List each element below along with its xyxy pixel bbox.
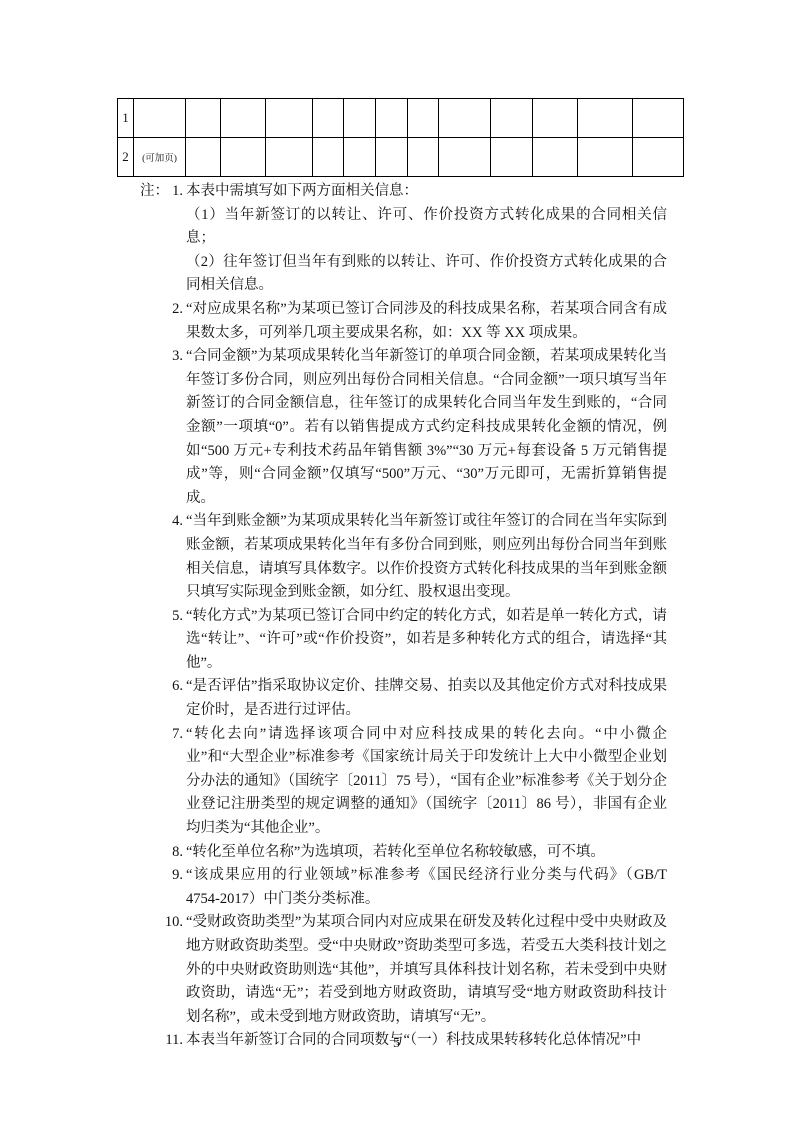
table-cell-empty xyxy=(578,138,633,177)
note-item-text: “是否评估”指采取协议定价、挂牌交易、拍卖以及其他定价方式对科技成果定价时，是否… xyxy=(186,675,667,722)
note-item-text: “当年到账金额”为某项成果转化当年新签订或往年签订的合同在当年实际到账金额，若某… xyxy=(186,510,667,604)
table-cell-empty xyxy=(376,138,408,177)
table-cell-empty xyxy=(344,99,376,138)
table-cell-empty xyxy=(491,99,533,138)
table-cell-empty xyxy=(313,138,344,177)
table-row-2: 2 (可加页) xyxy=(118,138,684,177)
table-cell-empty xyxy=(134,99,186,138)
note-item-7: 7. “转化去向”请选择该项合同中对应科技成果的转化去向。“中小微企业”和“大型… xyxy=(140,723,667,841)
note-item-number: 8. xyxy=(140,841,183,865)
row-number-cell: 2 xyxy=(118,138,134,177)
table-cell-empty xyxy=(313,99,344,138)
note-item-text: “对应成果名称”为某项已签订合同涉及的科技成果名称，若某项合同含有成果数太多，可… xyxy=(186,298,667,345)
table-cell-empty xyxy=(533,138,578,177)
table-row-1: 1 xyxy=(118,99,684,138)
document-page: 1 2 (可加页) xyxy=(0,0,793,1122)
note-item-1: 注： 1. 本表中需填写如下两方面相关信息： （1）当年新签订的以转让、许可、作… xyxy=(140,180,667,298)
note-item-3: 3. “合同金额”为某项成果转化当年新签订的单项合同金额，若某项成果转化当年签订… xyxy=(140,345,667,510)
page-number: 5 xyxy=(0,1036,793,1052)
table-cell-empty xyxy=(266,138,313,177)
note-item-text: “转化至单位名称”为选填项，若转化至单位名称较敏感，可不填。 xyxy=(186,841,667,865)
table-cell-empty xyxy=(633,99,684,138)
table-cell-empty xyxy=(221,99,266,138)
table-cell-empty xyxy=(221,138,266,177)
note-item-text: “转化方式”为某项已签订合同中约定的转化方式，如若是单一转化方式，请选“转让”、… xyxy=(186,605,667,676)
table-cell-empty xyxy=(578,99,633,138)
table-cell-empty xyxy=(533,99,578,138)
table-cell-empty xyxy=(491,138,533,177)
note-item-10: 10. “受财政资助类型”为某项合同内对应成果在研发及转化过程中受中央财政及地方… xyxy=(140,911,667,1029)
note-item-number: 7. xyxy=(140,723,183,747)
note-item-number: 2. xyxy=(140,298,183,322)
note-subitem-text: （2）往年签订但当年有到账的以转让、许可、作价投资方式转化成果的合同相关信息。 xyxy=(186,251,667,298)
note-item-text: “合同金额”为某项成果转化当年新签订的单项合同金额，若某项成果转化当年签订多份合… xyxy=(186,345,667,510)
note-item-number: 10. xyxy=(140,911,183,935)
table-cell-empty xyxy=(266,99,313,138)
continuation-table: 1 2 (可加页) xyxy=(117,98,684,177)
note-item-text: “转化去向”请选择该项合同中对应科技成果的转化去向。“中小微企业”和“大型企业”… xyxy=(186,723,667,841)
table-cell-empty xyxy=(439,99,491,138)
note-item-number: 3. xyxy=(140,345,183,369)
note-item-number: 4. xyxy=(140,510,183,534)
table-cell-empty xyxy=(439,138,491,177)
note-subitem-text: （1）当年新签订的以转让、许可、作价投资方式转化成果的合同相关信息； xyxy=(186,204,667,251)
table-cell-empty xyxy=(408,138,439,177)
table-cell-empty xyxy=(344,138,376,177)
note-item-6: 6. “是否评估”指采取协议定价、挂牌交易、拍卖以及其他定价方式对科技成果定价时… xyxy=(140,675,667,722)
note-item-2: 2. “对应成果名称”为某项已签订合同涉及的科技成果名称，若某项合同含有成果数太… xyxy=(140,298,667,345)
note-item-9: 9. “该成果应用的行业领域”标准参考《国民经济行业分类与代码》（GB/T 47… xyxy=(140,864,667,911)
note-item-number: 6. xyxy=(140,675,183,699)
table-cell-empty xyxy=(408,99,439,138)
note-item-text: “该成果应用的行业领域”标准参考《国民经济行业分类与代码》（GB/T 4754-… xyxy=(186,864,667,911)
note-item-number: 5. xyxy=(140,605,183,629)
row-number-cell: 1 xyxy=(118,99,134,138)
notes-section: 注： 1. 本表中需填写如下两方面相关信息： （1）当年新签订的以转让、许可、作… xyxy=(140,180,667,1053)
note-item-8: 8. “转化至单位名称”为选填项，若转化至单位名称较敏感，可不填。 xyxy=(140,841,667,865)
table-cell-empty xyxy=(186,138,221,177)
note-item-text: 本表中需填写如下两方面相关信息： xyxy=(186,180,667,204)
table-cell-empty xyxy=(376,99,408,138)
add-page-note-cell: (可加页) xyxy=(134,138,186,177)
table-cell-empty xyxy=(633,138,684,177)
table-cell-empty xyxy=(186,99,221,138)
note-item-number: 1. xyxy=(140,180,183,204)
note-item-text: “受财政资助类型”为某项合同内对应成果在研发及转化过程中受中央财政及地方财政资助… xyxy=(186,911,667,1029)
note-item-4: 4. “当年到账金额”为某项成果转化当年新签订或往年签订的合同在当年实际到账金额… xyxy=(140,510,667,604)
note-item-number: 9. xyxy=(140,864,183,888)
note-item-5: 5. “转化方式”为某项已签订合同中约定的转化方式，如若是单一转化方式，请选“转… xyxy=(140,605,667,676)
